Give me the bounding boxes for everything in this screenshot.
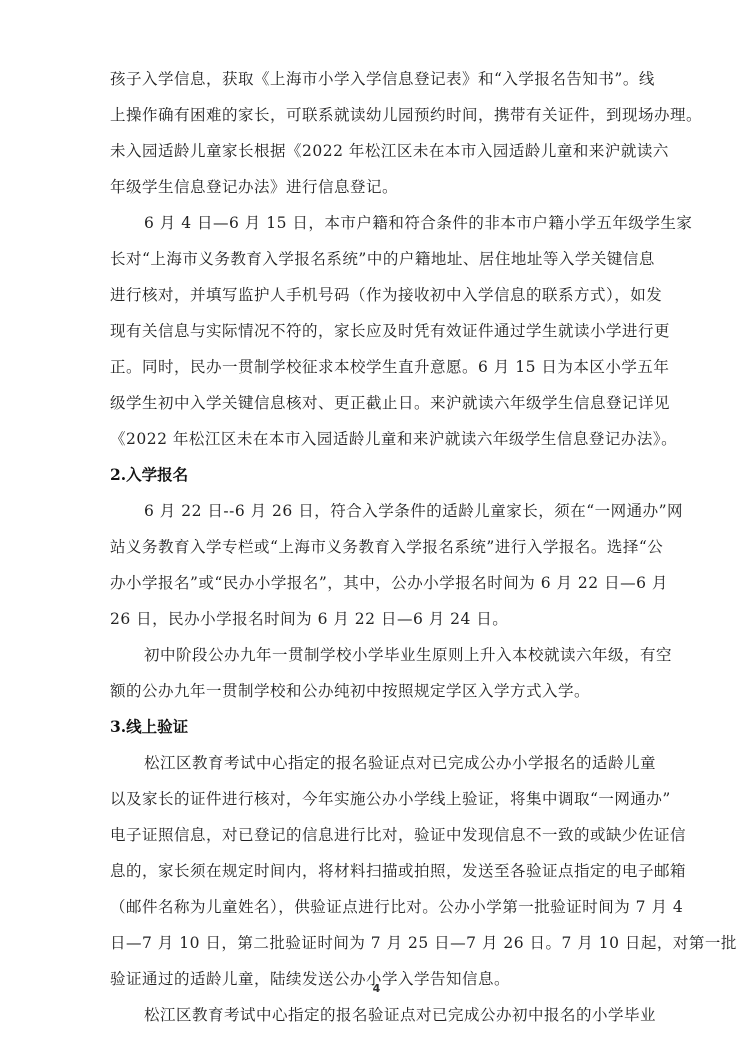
text-line: 松江区教育考试中心指定的报名验证点对已完成公办小学报名的适龄儿童 [110,745,644,781]
text-line: 额的公办九年一贯制学校和公办纯初中按照规定学区入学方式入学。 [110,673,644,709]
text-line: 《2022 年松江区未在本市入园适龄儿童和来沪就读六年级学生信息登记办法》。 [110,421,644,457]
text-line: 以及家长的证件进行核对，今年实施公办小学线上验证，将集中调取“一网通办” [110,781,644,817]
section-heading-enrollment-registration: 2.入学报名 [110,457,644,493]
text-line: 电子证照信息，对已登记的信息进行比对，验证中发现信息不一致的或缺少佐证信 [110,817,644,853]
text-line: 长对“上海市义务教育入学报名系统”中的户籍地址、居住地址等入学关键信息 [110,241,644,277]
text-line: 级学生初中入学关键信息核对、更正截止日。来沪就读六年级学生信息登记详见 [110,385,644,421]
paragraph-registration-dates: 6 月 22 日--6 月 26 日，符合入学条件的适龄儿童家长，须在“一网通办… [110,493,644,637]
text-line: 站义务教育入学专栏或“上海市义务教育入学报名系统”进行入学报名。选择“公 [110,529,644,565]
text-line: 进行核对，并填写监护人手机号码（作为接收初中入学信息的联系方式），如发 [110,277,644,313]
text-line: 6 月 4 日—6 月 15 日，本市户籍和符合条件的非本市户籍小学五年级学生家 [110,205,644,241]
paragraph-middle-school-verification: 松江区教育考试中心指定的报名验证点对已完成公办初中报名的小学毕业 [110,997,644,1033]
text-line: 26 日，民办小学报名时间为 6 月 22 日—6 月 24 日。 [110,601,644,637]
paragraph-info-verification: 6 月 4 日—6 月 15 日，本市户籍和符合条件的非本市户籍小学五年级学生家… [110,205,644,457]
text-line: 现有关信息与实际情况不符的，家长应及时凭有效证件通过学生就读小学进行更 [110,313,644,349]
text-line: 上操作确有困难的家长，可联系就读幼儿园预约时间，携带有关证件，到现场办理。 [110,97,644,133]
page-body: 孩子入学信息，获取《上海市小学入学信息登记表》和“入学报名告知书”。线 上操作确… [110,61,644,1033]
text-line: 年级学生信息登记办法》进行信息登记。 [110,169,644,205]
text-line: （邮件名称为儿童姓名），供验证点进行比对。公办小学第一批验证时间为 7 月 4 [110,889,644,925]
document-page: 孩子入学信息，获取《上海市小学入学信息登记表》和“入学报名告知书”。线 上操作确… [0,0,753,1062]
text-line: 松江区教育考试中心指定的报名验证点对已完成公办初中报名的小学毕业 [110,997,644,1033]
text-line: 初中阶段公办九年一贯制学校小学毕业生原则上升入本校就读六年级，有空 [110,637,644,673]
paragraph-nine-year-schools: 初中阶段公办九年一贯制学校小学毕业生原则上升入本校就读六年级，有空 额的公办九年… [110,637,644,709]
section-heading-online-verification: 3.线上验证 [110,709,644,745]
text-line: 6 月 22 日--6 月 26 日，符合入学条件的适龄儿童家长，须在“一网通办… [110,493,644,529]
text-line: 息的，家长须在规定时间内，将材料扫描或拍照，发送至各验证点指定的电子邮箱 [110,853,644,889]
text-line: 办小学报名”或“民办小学报名”，其中，公办小学报名时间为 6 月 22 日—6 … [110,565,644,601]
text-line: 日—7 月 10 日，第二批验证时间为 7 月 25 日—7 月 26 日。7 … [110,925,644,961]
text-line: 孩子入学信息，获取《上海市小学入学信息登记表》和“入学报名告知书”。线 [110,61,644,97]
text-line: 未入园适龄儿童家长根据《2022 年松江区未在本市入园适龄儿童和来沪就读六 [110,133,644,169]
paragraph-primary-verification: 松江区教育考试中心指定的报名验证点对已完成公办小学报名的适龄儿童 以及家长的证件… [110,745,644,997]
paragraph-continuation: 孩子入学信息，获取《上海市小学入学信息登记表》和“入学报名告知书”。线 上操作确… [110,61,644,205]
page-number: 4 [0,982,753,995]
text-line: 正。同时，民办一贯制学校征求本校学生直升意愿。6 月 15 日为本区小学五年 [110,349,644,385]
